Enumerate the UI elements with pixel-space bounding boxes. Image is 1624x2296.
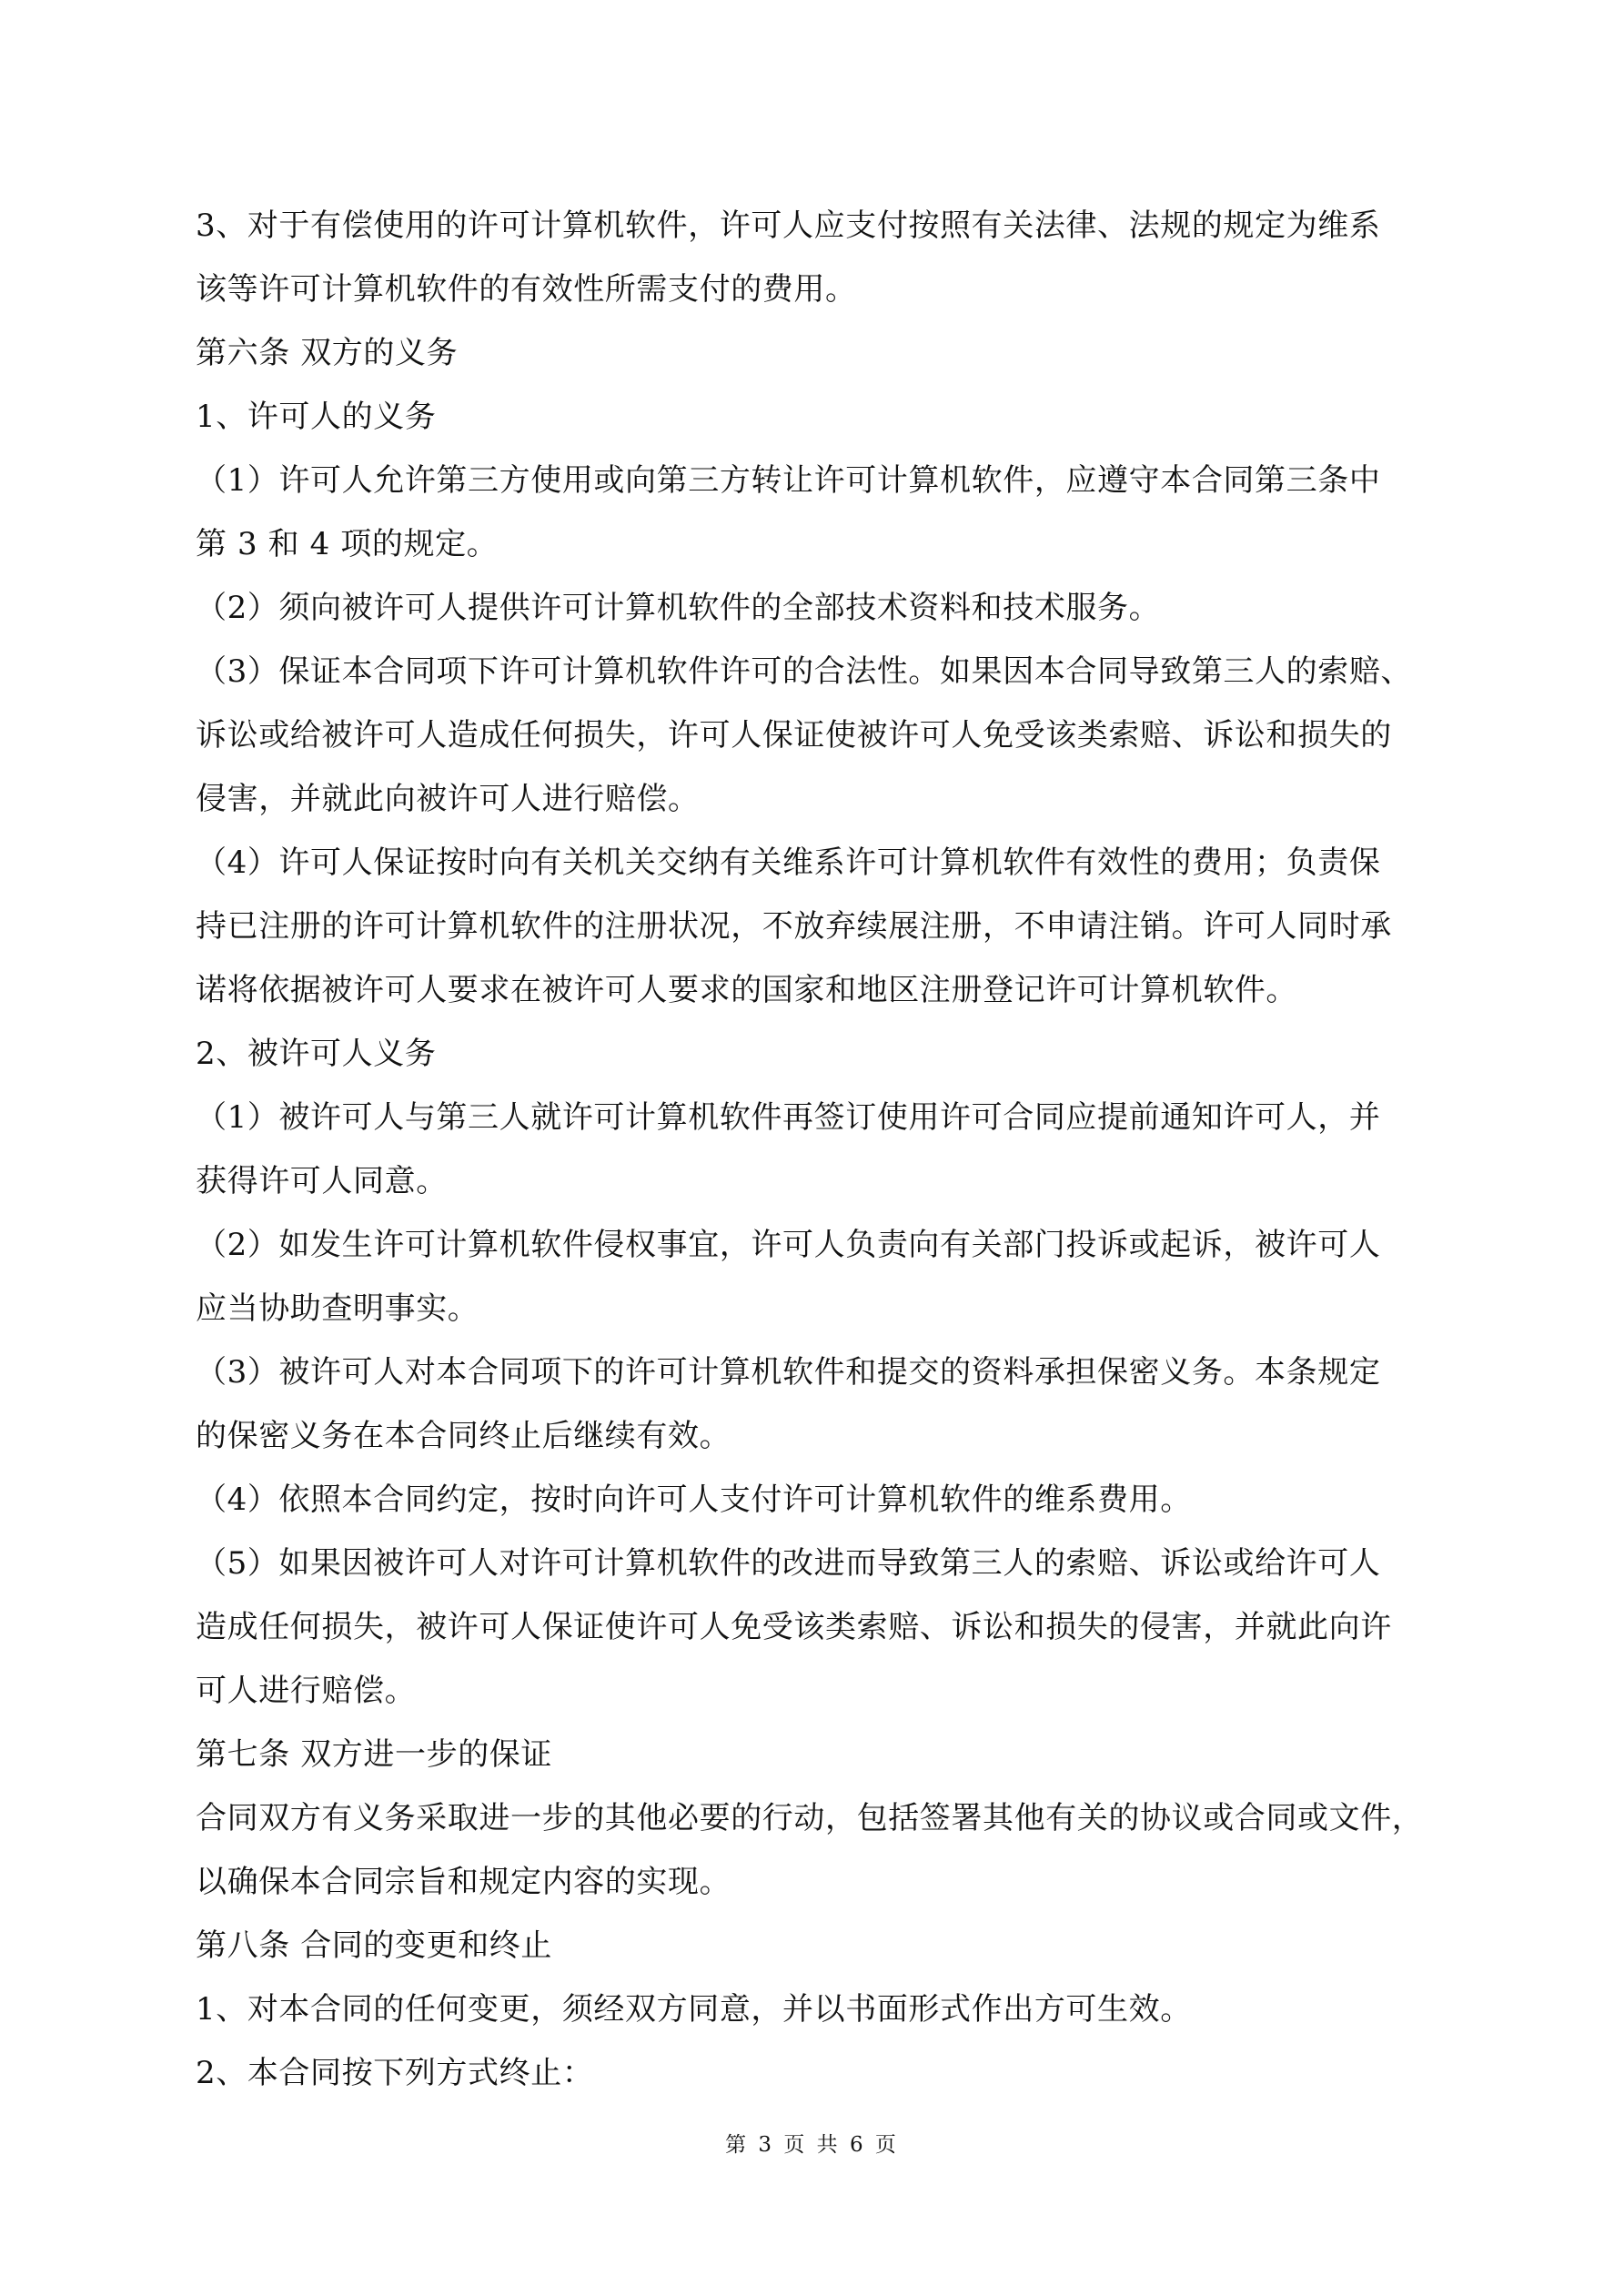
document-body: 3、对于有偿使用的许可计算机软件，许可人应支付按照有关法律、法规的规定为维系 该… [196, 194, 1437, 2105]
text-line: （5）如果因被许可人对许可计算机软件的改进而导致第三人的索赔、诉讼或给许可人 [196, 1532, 1437, 1595]
text-line: 3、对于有偿使用的许可计算机软件，许可人应支付按照有关法律、法规的规定为维系 [196, 194, 1437, 258]
text-line: 的保密义务在本合同终止后继续有效。 [196, 1404, 1437, 1468]
text-line: 持已注册的许可计算机软件的注册状况，不放弃续展注册，不申请注销。许可人同时承 [196, 895, 1437, 958]
text-line: 可人进行赔偿。 [196, 1659, 1437, 1723]
text-line: （2）须向被许可人提供许可计算机软件的全部技术资料和技术服务。 [196, 576, 1437, 640]
text-line: 应当协助查明事实。 [196, 1277, 1437, 1340]
text-line: 获得许可人同意。 [196, 1149, 1437, 1213]
text-line: 2、本合同按下列方式终止： [196, 2041, 1437, 2105]
text-line: 诉讼或给被许可人造成任何损失，许可人保证使被许可人免受该类索赔、诉讼和损失的 [196, 703, 1437, 767]
section-heading: 第七条 双方进一步的保证 [196, 1723, 1437, 1786]
text-line: 侵害，并就此向被许可人进行赔偿。 [196, 767, 1437, 831]
text-line: （4）依照本合同约定，按时向许可人支付许可计算机软件的维系费用。 [196, 1468, 1437, 1532]
text-line: 该等许可计算机软件的有效性所需支付的费用。 [196, 258, 1437, 321]
text-line: 造成任何损失，被许可人保证使许可人免受该类索赔、诉讼和损失的侵害，并就此向许 [196, 1595, 1437, 1659]
subsection-heading: 2、被许可人义务 [196, 1022, 1437, 1086]
text-line: 诺将依据被许可人要求在被许可人要求的国家和地区注册登记许可计算机软件。 [196, 958, 1437, 1022]
text-line: （2）如发生许可计算机软件侵权事宜，许可人负责向有关部门投诉或起诉，被许可人 [196, 1213, 1437, 1277]
text-line: （1）许可人允许第三方使用或向第三方转让许可计算机软件，应遵守本合同第三条中 [196, 449, 1437, 512]
document-page: 3、对于有偿使用的许可计算机软件，许可人应支付按照有关法律、法规的规定为维系 该… [0, 0, 1624, 2296]
text-line: （3）保证本合同项下许可计算机软件许可的合法性。如果因本合同导致第三人的索赔、 [196, 640, 1437, 703]
text-line: （1）被许可人与第三人就许可计算机软件再签订使用许可合同应提前通知许可人，并 [196, 1086, 1437, 1149]
text-line: 以确保本合同宗旨和规定内容的实现。 [196, 1850, 1437, 1914]
page-number-footer: 第 3 页 共 6 页 [0, 2128, 1624, 2158]
section-heading: 第六条 双方的义务 [196, 321, 1437, 385]
subsection-heading: 1、许可人的义务 [196, 385, 1437, 449]
text-line: 1、对本合同的任何变更，须经双方同意，并以书面形式作出方可生效。 [196, 1977, 1437, 2041]
text-line: （4）许可人保证按时向有关机关交纳有关维系许可计算机软件有效性的费用；负责保 [196, 831, 1437, 895]
section-heading: 第八条 合同的变更和终止 [196, 1914, 1437, 1977]
text-line: 第 3 和 4 项的规定。 [196, 512, 1437, 576]
text-line: （3）被许可人对本合同项下的许可计算机软件和提交的资料承担保密义务。本条规定 [196, 1340, 1437, 1404]
text-line: 合同双方有义务采取进一步的其他必要的行动，包括签署其他有关的协议或合同或文件， [196, 1786, 1437, 1850]
